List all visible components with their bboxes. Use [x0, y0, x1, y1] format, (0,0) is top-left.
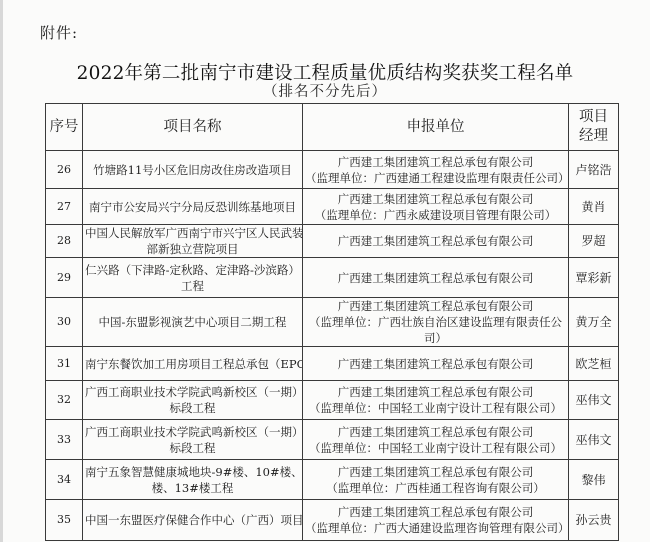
row-index: 27 [46, 189, 83, 225]
row-index: 34 [46, 460, 83, 500]
table-row: 33广西工商职业技术学院武鸣新校区（一期）3标段工程广西建工集团建筑工程总承包有… [46, 420, 619, 460]
header-index: 序号 [46, 104, 83, 151]
manager-cell: 黎伟 [569, 460, 619, 500]
table-row: 31南宁东餐饮加工用房项目工程总承包（EPC）广西建工集团建筑工程总承包有限公司… [46, 347, 619, 381]
applicant-cell: 广西建工集团建筑工程总承包有限公司（监理单位：广西建通工程建设监理有限责任公司） [303, 151, 569, 189]
manager-cell: 巫伟文 [569, 420, 619, 460]
row-index: 32 [46, 381, 83, 420]
project-name-cell-line: 部新独立营院项目 [85, 241, 300, 257]
manager-cell: 孙云贵 [569, 500, 619, 541]
applicant-cell-line: 广西建工集团建筑工程总承包有限公司 [305, 270, 566, 286]
applicant-cell-line: 广西建工集团建筑工程总承包有限公司 [305, 504, 566, 520]
manager-cell: 黄肖 [569, 189, 619, 225]
project-name-cell: 中国一东盟医疗保健合作中心（广西）项目 [83, 500, 303, 541]
applicant-cell-line: 广西建工集团建筑工程总承包有限公司 [305, 464, 566, 480]
project-name-cell-line: 南宁市公安局兴宁分局反恐训练基地项目 [85, 199, 300, 215]
project-name-cell-line: 南宁东餐饮加工用房项目工程总承包（EPC） [85, 356, 300, 372]
table-row: 34南宁五象智慧健康城地块-9#楼、10#楼、12#楼、13#楼工程广西建工集团… [46, 460, 619, 500]
project-name-cell-line: 南宁五象智慧健康城地块-9#楼、10#楼、12# [85, 464, 300, 480]
applicant-cell-line: 广西建工集团建筑工程总承包有限公司 [305, 356, 566, 372]
table-row: 32广西工商职业技术学院武鸣新校区（一期）2标段工程广西建工集团建筑工程总承包有… [46, 381, 619, 420]
applicant-cell-line: 司） [305, 330, 566, 346]
applicant-cell: 广西建工集团建筑工程总承包有限公司（监理单位：中国轻工业南宁设计工程有限公司） [303, 381, 569, 420]
project-name-cell: 中国-东盟影视演艺中心项目二期工程 [83, 298, 303, 347]
project-name-cell-line: 竹塘路11号小区危旧房改住房改造项目 [85, 162, 300, 178]
table-row: 26竹塘路11号小区危旧房改住房改造项目广西建工集团建筑工程总承包有限公司（监理… [46, 151, 619, 189]
applicant-cell-line: （监理单位：广西建通工程建设监理有限责任公司） [305, 170, 566, 186]
award-table: 序号 项目名称 申报单位 项目 经理 26竹塘路11号小区危旧房改住房改造项目广… [45, 103, 619, 541]
header-manager: 项目 经理 [569, 104, 619, 151]
applicant-cell-line: （监理单位：广西桂通工程咨询有限公司） [305, 480, 566, 496]
table-header-row: 序号 项目名称 申报单位 项目 经理 [46, 104, 619, 151]
header-project-name: 项目名称 [83, 104, 303, 151]
project-name-cell: 竹塘路11号小区危旧房改住房改造项目 [83, 151, 303, 189]
applicant-cell: 广西建工集团建筑工程总承包有限公司（监理单位：广西大通建设监理咨询管理有限公司） [303, 500, 569, 541]
applicant-cell-line: 广西建工集团建筑工程总承包有限公司 [305, 233, 566, 249]
table-row: 35中国一东盟医疗保健合作中心（广西）项目广西建工集团建筑工程总承包有限公司（监… [46, 500, 619, 541]
project-name-cell: 南宁市公安局兴宁分局反恐训练基地项目 [83, 189, 303, 225]
table-body: 26竹塘路11号小区危旧房改住房改造项目广西建工集团建筑工程总承包有限公司（监理… [46, 151, 619, 541]
project-name-cell-line: 仁兴路（下津路-定秋路、定津路-沙滨路） [85, 262, 300, 278]
applicant-cell-line: 广西建工集团建筑工程总承包有限公司 [305, 191, 566, 207]
table-row: 27南宁市公安局兴宁分局反恐训练基地项目广西建工集团建筑工程总承包有限公司（监理… [46, 189, 619, 225]
project-name-cell-line: 中国一东盟医疗保健合作中心（广西）项目 [85, 512, 300, 528]
project-name-cell-line: 中国人民解放军广西南宁市兴宁区人民武装 [85, 225, 300, 241]
applicant-cell-line: （监理单位：广西永威建设项目管理有限公司） [305, 207, 566, 223]
table-row: 30中国-东盟影视演艺中心项目二期工程广西建工集团建筑工程总承包有限公司（监理单… [46, 298, 619, 347]
project-name-cell: 南宁东餐饮加工用房项目工程总承包（EPC） [83, 347, 303, 381]
project-name-cell-line: 标段工程 [85, 400, 300, 416]
applicant-cell: 广西建工集团建筑工程总承包有限公司（监理单位：广西壮族自治区建设监理有限责任公司… [303, 298, 569, 347]
project-name-cell-line: 中国-东盟影视演艺中心项目二期工程 [85, 314, 300, 330]
applicant-cell-line: 广西建工集团建筑工程总承包有限公司 [305, 298, 566, 314]
project-name-cell: 广西工商职业技术学院武鸣新校区（一期）3标段工程 [83, 420, 303, 460]
document-subtitle: （排名不分先后） [0, 80, 650, 101]
row-index: 33 [46, 420, 83, 460]
manager-cell: 卢铭浩 [569, 151, 619, 189]
project-name-cell: 广西工商职业技术学院武鸣新校区（一期）2标段工程 [83, 381, 303, 420]
manager-cell: 黄万全 [569, 298, 619, 347]
table-row: 29仁兴路（下津路-定秋路、定津路-沙滨路）工程广西建工集团建筑工程总承包有限公… [46, 258, 619, 298]
project-name-cell-line: 广西工商职业技术学院武鸣新校区（一期）2 [85, 384, 300, 400]
table-row: 28中国人民解放军广西南宁市兴宁区人民武装部新独立营院项目广西建工集团建筑工程总… [46, 225, 619, 258]
applicant-cell: 广西建工集团建筑工程总承包有限公司 [303, 258, 569, 298]
row-index: 31 [46, 347, 83, 381]
project-name-cell-line: 广西工商职业技术学院武鸣新校区（一期）3 [85, 424, 300, 440]
attachment-label: 附件: [40, 22, 78, 43]
applicant-cell: 广西建工集团建筑工程总承包有限公司（监理单位：广西桂通工程咨询有限公司） [303, 460, 569, 500]
applicant-cell: 广西建工集团建筑工程总承包有限公司（监理单位：广西永威建设项目管理有限公司） [303, 189, 569, 225]
applicant-cell: 广西建工集团建筑工程总承包有限公司 [303, 225, 569, 258]
applicant-cell-line: （监理单位：广西大通建设监理咨询管理有限公司） [305, 520, 566, 536]
header-applicant: 申报单位 [303, 104, 569, 151]
project-name-cell: 中国人民解放军广西南宁市兴宁区人民武装部新独立营院项目 [83, 225, 303, 258]
row-index: 35 [46, 500, 83, 541]
applicant-cell: 广西建工集团建筑工程总承包有限公司（监理单位：中国轻工业南宁设计工程有限公司） [303, 420, 569, 460]
project-name-cell-line: 楼、13#楼工程 [85, 480, 300, 496]
row-index: 30 [46, 298, 83, 347]
applicant-cell-line: 广西建工集团建筑工程总承包有限公司 [305, 384, 566, 400]
manager-cell: 罗超 [569, 225, 619, 258]
manager-cell: 巫伟文 [569, 381, 619, 420]
applicant-cell: 广西建工集团建筑工程总承包有限公司 [303, 347, 569, 381]
row-index: 26 [46, 151, 83, 189]
project-name-cell-line: 工程 [85, 278, 300, 294]
applicant-cell-line: （监理单位：中国轻工业南宁设计工程有限公司） [305, 400, 566, 416]
manager-cell: 欧芝桓 [569, 347, 619, 381]
applicant-cell-line: 广西建工集团建筑工程总承包有限公司 [305, 424, 566, 440]
project-name-cell: 仁兴路（下津路-定秋路、定津路-沙滨路）工程 [83, 258, 303, 298]
applicant-cell-line: （监理单位：广西壮族自治区建设监理有限责任公 [305, 314, 566, 330]
row-index: 29 [46, 258, 83, 298]
applicant-cell-line: （监理单位：中国轻工业南宁设计工程有限公司） [305, 440, 566, 456]
manager-cell: 覃彩新 [569, 258, 619, 298]
row-index: 28 [46, 225, 83, 258]
project-name-cell-line: 标段工程 [85, 440, 300, 456]
applicant-cell-line: 广西建工集团建筑工程总承包有限公司 [305, 154, 566, 170]
project-name-cell: 南宁五象智慧健康城地块-9#楼、10#楼、12#楼、13#楼工程 [83, 460, 303, 500]
